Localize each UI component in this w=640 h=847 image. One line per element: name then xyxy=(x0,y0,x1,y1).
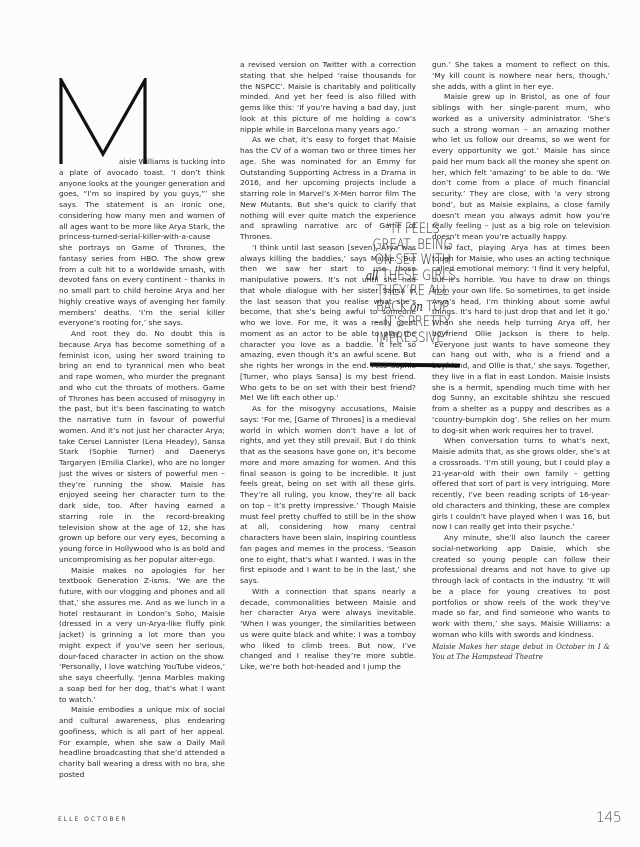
pull-quote-line: all THESE GIRLS. xyxy=(361,269,464,285)
pull-quote-line: “IT FEELS xyxy=(361,222,464,238)
pull-quote-line: BACK on TOP xyxy=(361,300,464,316)
page-number: 145 xyxy=(596,810,621,826)
production-credit: Maisie Makes her stage debut in October … xyxy=(432,642,610,664)
article-column-3: gun.’ She takes a moment to reflect on t… xyxy=(432,60,610,663)
pull-quote-line: ON SET WITH xyxy=(361,253,464,269)
paragraph: Any minute, she’ll also launch the caree… xyxy=(432,533,610,641)
pull-quote-line: – IT’S PRETTY xyxy=(361,315,464,331)
paragraph: aisie Williams is tucking into a plate o… xyxy=(59,157,225,329)
article-column-1: aisie Williams is tucking into a plate o… xyxy=(59,157,225,781)
paragraph: Maisie makes no apologies for her textbo… xyxy=(59,566,225,706)
publication-folio: ELLE OCTOBER xyxy=(58,816,128,823)
paragraph: gun.’ She takes a moment to reflect on t… xyxy=(432,60,610,92)
paragraph: When conversation turns to what’s next, … xyxy=(432,436,610,533)
paragraph: And root they do. No doubt this is becau… xyxy=(59,329,225,566)
paragraph: a revised version on Twitter with a corr… xyxy=(240,60,416,135)
drop-cap-m xyxy=(59,78,147,164)
pull-quote-line: GREAT, BEING xyxy=(361,238,464,254)
paragraph: With a connection that spans nearly a de… xyxy=(240,587,416,673)
paragraph: Maisie grew up in Bristol, as one of fou… xyxy=(432,92,610,243)
pull-quote-line: IMPRESSIVE” xyxy=(361,331,464,347)
pull-quote: “IT FEELS GREAT, BEING ON SET WITH all T… xyxy=(361,222,464,346)
paragraph: Maisie embodies a unique mix of social a… xyxy=(59,705,225,780)
pull-quote-line: THEY’RE ALL xyxy=(361,284,464,300)
paragraph: As for the misogyny accusations, Maisie … xyxy=(240,404,416,587)
